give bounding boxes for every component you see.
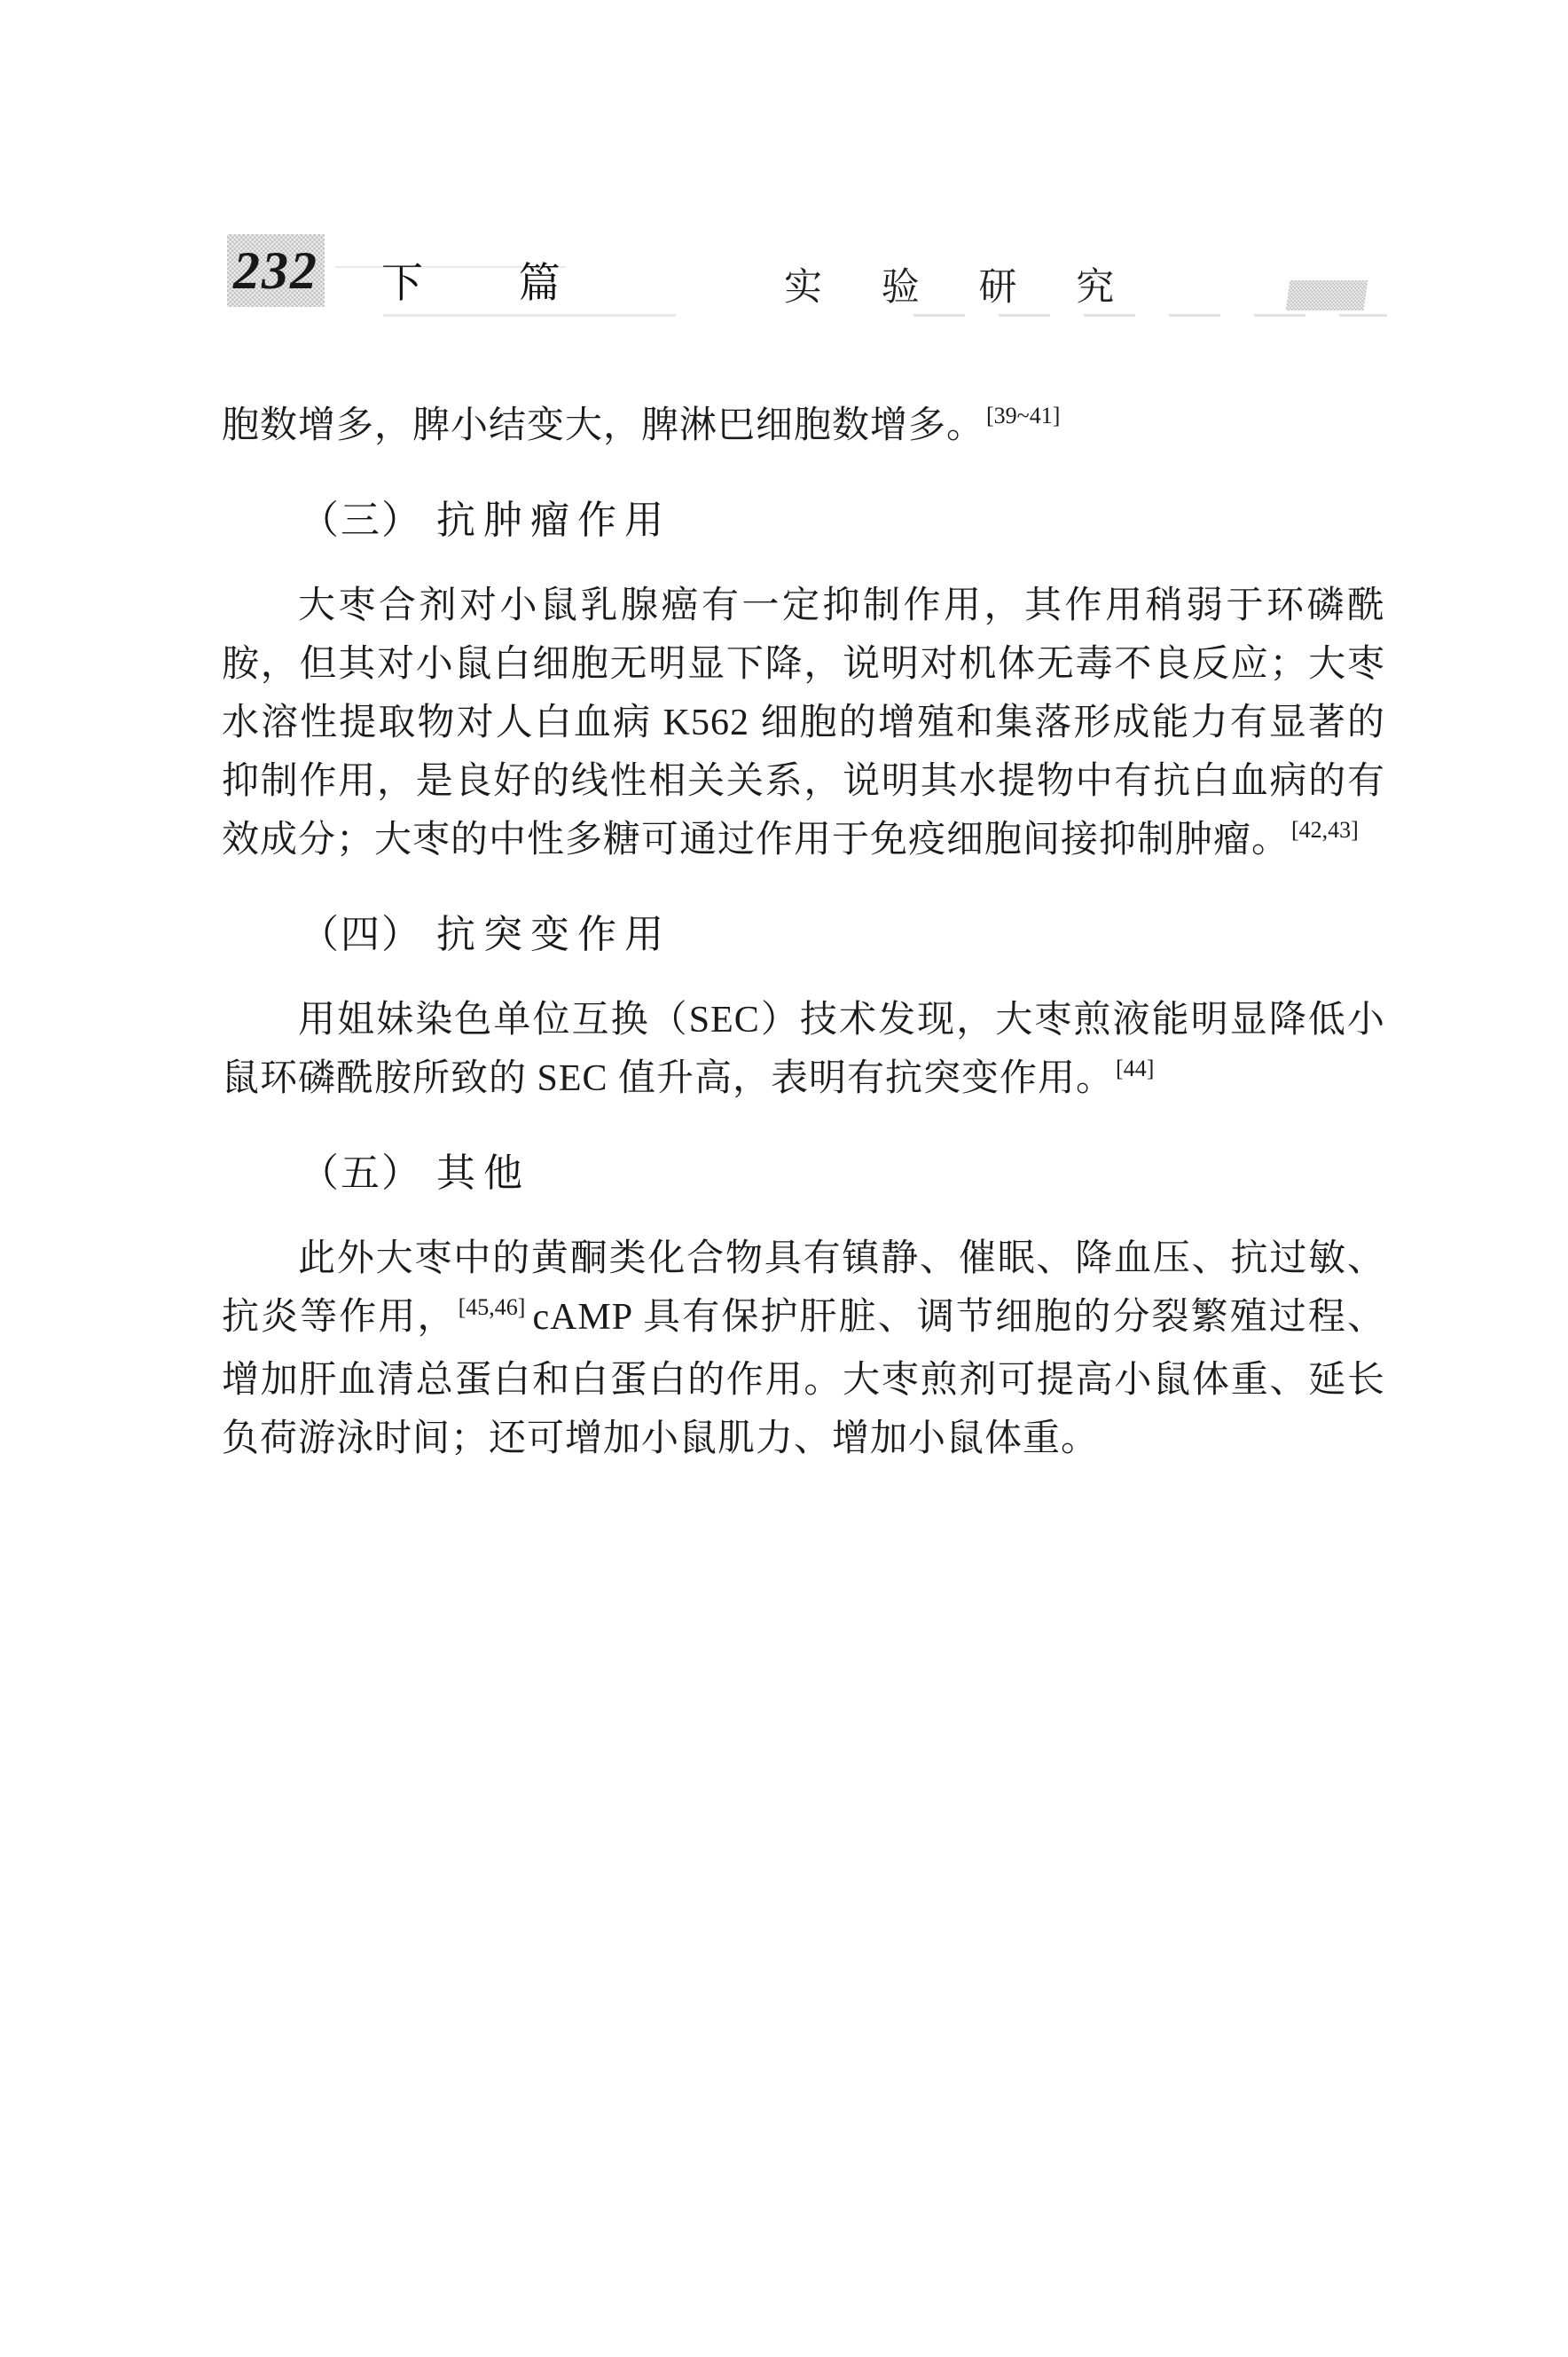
part-title: 下 篇 — [381, 250, 603, 310]
section-heading-number: （五） — [300, 1151, 422, 1195]
section-heading-number: （三） — [300, 499, 422, 542]
page-number: 232 — [227, 234, 325, 307]
text-line: 用姐妹染色单位互换（SEC）技术发现，大枣煎液能明显降低小 — [222, 991, 1385, 1049]
text-run: 鼠环磷酰胺所致的 SEC 值升高，表明有抗突变作用。 — [222, 1058, 1114, 1099]
citation-superscript: [44] — [1116, 1056, 1154, 1081]
paragraph: 用姐妹染色单位互换（SEC）技术发现，大枣煎液能明显降低小鼠环磷酰胺所致的 SE… — [222, 991, 1385, 1112]
paragraph: 此外大枣中的黄酮类化合物具有镇静、催眠、降血压、抗过敏、抗炎等作用，[45,46… — [222, 1230, 1385, 1468]
chapter-title: 实 验 研 究 — [784, 257, 1139, 311]
text-line: 负荷游泳时间；还可增加小鼠肌力、增加小鼠体重。 — [222, 1410, 1385, 1468]
text-line: 胺，但其对小鼠白细胞无明显下降，说明对机体无毒不良反应；大枣 — [222, 635, 1385, 694]
section-heading-title: 抗肿瘤作用 — [436, 499, 671, 542]
text-line: 此外大枣中的黄酮类化合物具有镇静、催眠、降血压、抗过敏、 — [222, 1230, 1385, 1288]
text-run: 大枣合剂对小鼠乳腺癌有一定抑制作用，其作用稍弱于环磷酰 — [298, 585, 1385, 626]
section-heading: （四）抗突变作用 — [222, 906, 1385, 964]
page-body: 胞数增多，脾小结变大，脾淋巴细胞数增多。[39~41]（三）抗肿瘤作用大枣合剂对… — [222, 397, 1385, 1468]
text-run: 负荷游泳时间；还可增加小鼠肌力、增加小鼠体重。 — [222, 1418, 1099, 1459]
paragraph: 胞数增多，脾小结变大，脾淋巴细胞数增多。[39~41] — [222, 397, 1385, 460]
text-run: 此外大枣中的黄酮类化合物具有镇静、催眠、降血压、抗过敏、 — [298, 1238, 1385, 1279]
header-rule-left — [383, 314, 676, 317]
section-heading: （三）抗肿瘤作用 — [222, 491, 1385, 550]
section-heading-number: （四） — [300, 913, 422, 956]
text-line: 抑制作用，是良好的线性相关关系，说明其水提物中有抗白血病的有 — [222, 752, 1385, 811]
text-run: 抑制作用，是良好的线性相关关系，说明其水提物中有抗白血病的有 — [222, 761, 1385, 802]
text-run: cAMP 具有保护肝脏、调节细胞的分裂繁殖过程、 — [532, 1297, 1385, 1338]
section-heading-title: 抗突变作用 — [436, 913, 671, 956]
text-run: 水溶性提取物对人白血病 K562 细胞的增殖和集落形成能力有显著的 — [222, 703, 1385, 743]
text-run: 效成分；大枣的中性多糖可通过作用于免疫细胞间接抑制肿瘤。 — [222, 820, 1290, 860]
text-line: 胞数增多，脾小结变大，脾淋巴细胞数增多。[39~41] — [222, 397, 1385, 460]
paragraph: 大枣合剂对小鼠乳腺癌有一定抑制作用，其作用稍弱于环磷酰胺，但其对小鼠白细胞无明显… — [222, 577, 1385, 874]
text-line: 增加肝血清总蛋白和白蛋白的作用。大枣煎剂可提高小鼠体重、延长 — [222, 1351, 1385, 1410]
text-line: 效成分；大枣的中性多糖可通过作用于免疫细胞间接抑制肿瘤。[42,43] — [222, 811, 1385, 874]
citation-superscript: [45,46] — [459, 1294, 526, 1320]
text-line: 大枣合剂对小鼠乳腺癌有一定抑制作用，其作用稍弱于环磷酰 — [222, 577, 1385, 635]
citation-superscript: [42,43] — [1291, 817, 1359, 843]
section-heading-title: 其他 — [436, 1151, 530, 1195]
section-heading: （五）其他 — [222, 1144, 1385, 1203]
scanned-book-page: 232 下 篇 实 验 研 究 胞数增多，脾小结变大，脾淋巴细胞数增多。[39~… — [0, 0, 1568, 2357]
text-run: 胺，但其对小鼠白细胞无明显下降，说明对机体无毒不良反应；大枣 — [222, 644, 1385, 685]
text-run: 增加肝血清总蛋白和白蛋白的作用。大枣煎剂可提高小鼠体重、延长 — [222, 1360, 1385, 1401]
text-line: 抗炎等作用，[45,46]cAMP 具有保护肝脏、调节细胞的分裂繁殖过程、 — [222, 1288, 1385, 1351]
header-rule-right — [913, 314, 1387, 317]
text-line: 鼠环磷酰胺所致的 SEC 值升高，表明有抗突变作用。[44] — [222, 1049, 1385, 1112]
text-run: 抗炎等作用， — [222, 1297, 457, 1338]
text-run: 胞数增多，脾小结变大，脾淋巴细胞数增多。 — [222, 405, 984, 446]
text-run: 用姐妹染色单位互换（SEC）技术发现，大枣煎液能明显降低小 — [298, 1000, 1385, 1041]
citation-superscript: [39~41] — [986, 403, 1060, 428]
scan-smudge — [1286, 280, 1368, 310]
text-line: 水溶性提取物对人白血病 K562 细胞的增殖和集落形成能力有显著的 — [222, 694, 1385, 752]
